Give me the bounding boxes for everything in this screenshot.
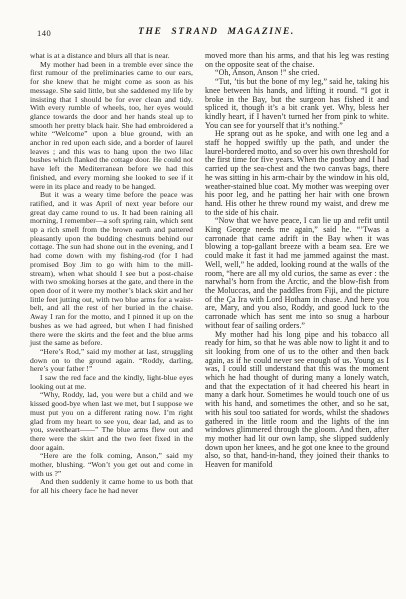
paragraph: My mother had been in a tremble ever sin… bbox=[30, 61, 193, 192]
page-number: 140 bbox=[37, 28, 51, 38]
left-column: what is at a distance and blurs all that… bbox=[30, 52, 193, 496]
paragraph: My mother had his long pipe and his toba… bbox=[205, 331, 389, 470]
paragraph: But it was a weary time before the peace… bbox=[30, 191, 193, 348]
paragraph: “Tut, ’tis but the bone of my leg,” said… bbox=[205, 78, 389, 130]
text-columns: what is at a distance and blurs all that… bbox=[30, 52, 389, 496]
right-column: moved more than his arms, and that his l… bbox=[205, 52, 389, 470]
magazine-title: THE STRAND MAGAZINE. bbox=[30, 27, 389, 37]
magazine-page: 140 THE STRAND MAGAZINE. what is at a di… bbox=[0, 0, 406, 599]
paragraph: And then suddenly it came home to us bot… bbox=[30, 478, 193, 495]
paragraph: moved more than his arms, and that his l… bbox=[205, 52, 389, 69]
paragraph: “Here are the folk coming, Anson,” said … bbox=[30, 452, 193, 478]
paragraph: “Now that we have peace, I can lie up an… bbox=[205, 217, 389, 330]
running-head: 140 THE STRAND MAGAZINE. bbox=[30, 27, 389, 39]
paragraph: I saw the red face and the kindly, light… bbox=[30, 374, 193, 391]
paragraph: “Here’s Rod,” said my mother at last, st… bbox=[30, 348, 193, 374]
paragraph: He sprang out as he spoke, and with one … bbox=[205, 130, 389, 217]
paragraph: “Why, Roddy, lad, you were but a child a… bbox=[30, 391, 193, 452]
